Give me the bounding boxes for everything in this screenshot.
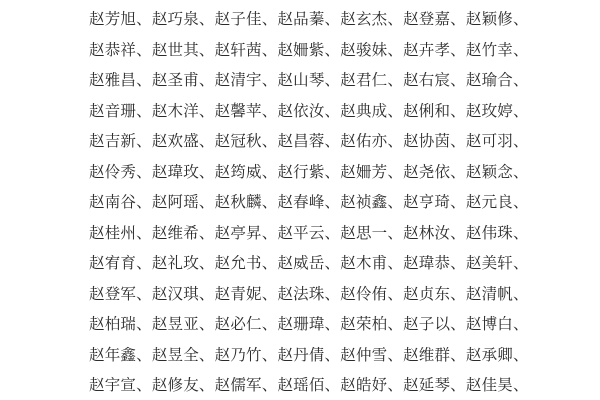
name-item: 赵亭昇、	[215, 219, 278, 250]
name-item: 赵吉新、	[89, 127, 152, 158]
name-item: 赵维希、	[152, 219, 215, 250]
name-item: 赵子以、	[403, 310, 466, 341]
name-item: 赵瑶佰、	[277, 371, 340, 400]
name-row: 赵柏瑞、赵昱亚、赵必仁、赵珊瑋、赵荣柏、赵子以、赵博白、	[89, 310, 513, 341]
name-item: 赵延琴、	[403, 371, 466, 400]
name-item: 赵亨琦、	[403, 188, 466, 219]
name-item: 赵宥育、	[89, 249, 152, 280]
name-item: 赵桂州、	[89, 219, 152, 250]
name-item: 赵青妮、	[215, 280, 278, 311]
name-item: 赵春峰、	[277, 188, 340, 219]
name-item: 赵玄杰、	[340, 5, 403, 36]
name-item: 赵瑋恭、	[403, 249, 466, 280]
name-item: 赵姍芳、	[340, 158, 403, 189]
name-item: 赵典成、	[340, 97, 403, 128]
name-row: 赵南谷、赵阿瑶、赵秋麟、赵春峰、赵祯鑫、赵亨琦、赵元良、	[89, 188, 513, 219]
name-item: 赵瑜合、	[466, 66, 529, 97]
name-row: 赵宥育、赵礼玫、赵允书、赵威岳、赵木甫、赵瑋恭、赵美轩、	[89, 249, 513, 280]
name-item: 赵博白、	[466, 310, 529, 341]
name-item: 赵南谷、	[89, 188, 152, 219]
name-item: 赵姍紫、	[277, 36, 340, 67]
name-item: 赵雅昌、	[89, 66, 152, 97]
name-item: 赵祯鑫、	[340, 188, 403, 219]
name-item: 赵儒军、	[215, 371, 278, 400]
name-item: 赵可羽、	[466, 127, 529, 158]
name-item: 赵子佳、	[215, 5, 278, 36]
name-row: 赵音珊、赵木洋、赵馨苹、赵依汝、赵典成、赵俐和、赵玫婷、	[89, 97, 513, 128]
name-item: 赵巧泉、	[152, 5, 215, 36]
name-row: 赵登军、赵汉琪、赵青妮、赵法珠、赵伶侑、赵贞东、赵清帆、	[89, 280, 513, 311]
name-item: 赵珊瑋、	[277, 310, 340, 341]
name-item: 赵昌蓉、	[277, 127, 340, 158]
name-item: 赵登军、	[89, 280, 152, 311]
name-row: 赵雅昌、赵圣甫、赵清宇、赵山琴、赵君仁、赵右宸、赵瑜合、	[89, 66, 513, 97]
name-item: 赵柏瑞、	[89, 310, 152, 341]
name-item: 赵阿瑶、	[152, 188, 215, 219]
name-item: 赵佳昊、	[466, 371, 529, 400]
name-item: 赵尧依、	[403, 158, 466, 189]
name-item: 赵轩茜、	[215, 36, 278, 67]
name-item: 赵秋麟、	[215, 188, 278, 219]
name-row: 赵芳旭、赵巧泉、赵子佳、赵品蓁、赵玄杰、赵登嘉、赵颖修、	[89, 5, 513, 36]
name-item: 赵竹幸、	[466, 36, 529, 67]
name-row: 赵吉新、赵欢盛、赵冠秋、赵昌蓉、赵佑亦、赵协茵、赵可羽、	[89, 127, 513, 158]
name-item: 赵清帆、	[466, 280, 529, 311]
name-item: 赵木甫、	[340, 249, 403, 280]
name-item: 赵伟珠、	[466, 219, 529, 250]
name-item: 赵圣甫、	[152, 66, 215, 97]
name-row: 赵宇宣、赵修友、赵儒军、赵瑶佰、赵皓妤、赵延琴、赵佳昊、	[89, 371, 513, 400]
name-row: 赵伶秀、赵瑋玫、赵筠威、赵行紫、赵姍芳、赵尧依、赵颖念、	[89, 158, 513, 189]
name-item: 赵伶侑、	[340, 280, 403, 311]
name-item: 赵颖修、	[466, 5, 529, 36]
name-item: 赵协茵、	[403, 127, 466, 158]
name-item: 赵世其、	[152, 36, 215, 67]
name-item: 赵允书、	[215, 249, 278, 280]
name-item: 赵汉琪、	[152, 280, 215, 311]
name-item: 赵林汝、	[403, 219, 466, 250]
name-item: 赵荣柏、	[340, 310, 403, 341]
name-row: 赵桂州、赵维希、赵亭昇、赵平云、赵思一、赵林汝、赵伟珠、	[89, 219, 513, 250]
name-item: 赵俐和、	[403, 97, 466, 128]
name-item: 赵木洋、	[152, 97, 215, 128]
name-row: 赵年鑫、赵昱全、赵乃竹、赵丹倩、赵仲雪、赵维群、赵承卿、	[89, 341, 513, 372]
name-item: 赵必仁、	[215, 310, 278, 341]
name-item: 赵筠威、	[215, 158, 278, 189]
name-item: 赵佑亦、	[340, 127, 403, 158]
name-item: 赵玫婷、	[466, 97, 529, 128]
name-item: 赵法珠、	[277, 280, 340, 311]
name-item: 赵冠秋、	[215, 127, 278, 158]
name-item: 赵行紫、	[277, 158, 340, 189]
name-item: 赵维群、	[403, 341, 466, 372]
name-item: 赵卉孝、	[403, 36, 466, 67]
name-item: 赵乃竹、	[215, 341, 278, 372]
name-item: 赵贞东、	[403, 280, 466, 311]
name-item: 赵恭祥、	[89, 36, 152, 67]
name-item: 赵元良、	[466, 188, 529, 219]
name-item: 赵依汝、	[277, 97, 340, 128]
name-item: 赵修友、	[152, 371, 215, 400]
name-item: 赵思一、	[340, 219, 403, 250]
name-item: 赵音珊、	[89, 97, 152, 128]
name-item: 赵美轩、	[466, 249, 529, 280]
name-item: 赵皓妤、	[340, 371, 403, 400]
name-item: 赵伶秀、	[89, 158, 152, 189]
name-item: 赵骏妹、	[340, 36, 403, 67]
name-item: 赵昱全、	[152, 341, 215, 372]
name-item: 赵昱亚、	[152, 310, 215, 341]
name-item: 赵宇宣、	[89, 371, 152, 400]
name-item: 赵颖念、	[466, 158, 529, 189]
name-item: 赵登嘉、	[403, 5, 466, 36]
name-item: 赵芳旭、	[89, 5, 152, 36]
name-item: 赵右宸、	[403, 66, 466, 97]
name-item: 赵丹倩、	[277, 341, 340, 372]
name-item: 赵清宇、	[215, 66, 278, 97]
name-item: 赵山琴、	[277, 66, 340, 97]
name-item: 赵礼玫、	[152, 249, 215, 280]
name-item: 赵年鑫、	[89, 341, 152, 372]
name-item: 赵承卿、	[466, 341, 529, 372]
name-list: 赵芳旭、赵巧泉、赵子佳、赵品蓁、赵玄杰、赵登嘉、赵颖修、赵恭祥、赵世其、赵轩茜、…	[0, 0, 600, 400]
name-item: 赵威岳、	[277, 249, 340, 280]
name-item: 赵君仁、	[340, 66, 403, 97]
name-item: 赵欢盛、	[152, 127, 215, 158]
name-row: 赵恭祥、赵世其、赵轩茜、赵姍紫、赵骏妹、赵卉孝、赵竹幸、	[89, 36, 513, 67]
name-item: 赵瑋玫、	[152, 158, 215, 189]
name-item: 赵仲雪、	[340, 341, 403, 372]
document-page: 赵芳旭、赵巧泉、赵子佳、赵品蓁、赵玄杰、赵登嘉、赵颖修、赵恭祥、赵世其、赵轩茜、…	[0, 0, 600, 400]
name-item: 赵品蓁、	[277, 5, 340, 36]
name-item: 赵平云、	[277, 219, 340, 250]
name-item: 赵馨苹、	[215, 97, 278, 128]
